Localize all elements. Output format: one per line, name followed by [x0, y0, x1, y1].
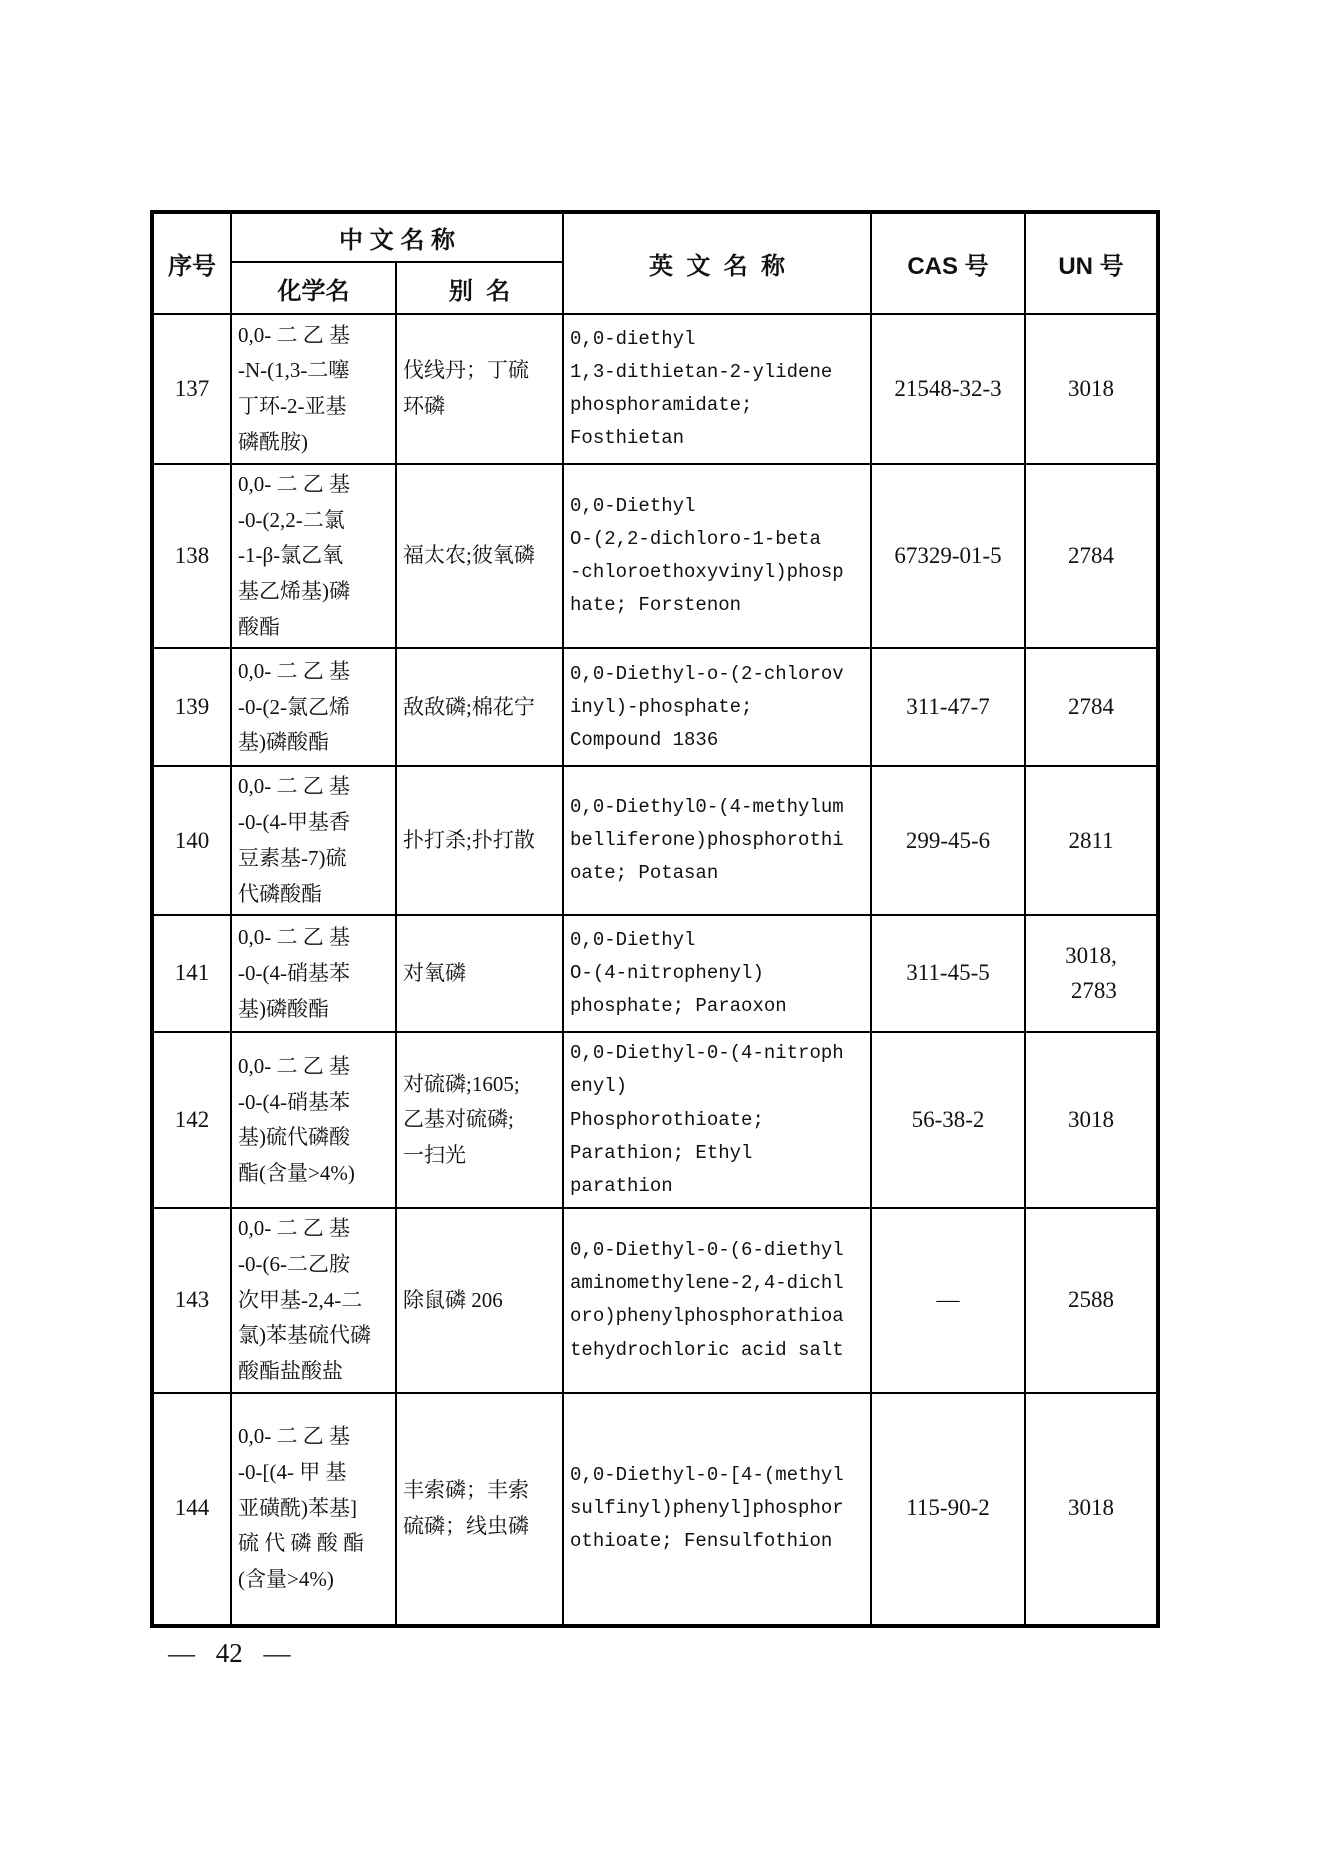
un-cell: 2588 — [1025, 1208, 1158, 1392]
cas-cell: 67329-01-5 — [871, 464, 1025, 648]
un-cell: 3018 — [1025, 1393, 1158, 1626]
chemical-name-cell: 0,0- 二 乙 基 -N-(1,3-二噻 丁环-2-亚基 磷酰胺) — [231, 314, 396, 464]
table-row: 141 0,0- 二 乙 基 -0-(4-硝基苯 基)磷酸酯 对氧磷 0,0-D… — [152, 915, 1158, 1032]
table-row: 143 0,0- 二 乙 基 -0-(6-二乙胺 次甲基-2,4-二 氯)苯基硫… — [152, 1208, 1158, 1392]
alias-cell: 除鼠磷 206 — [396, 1208, 563, 1392]
cas-cell: — — [871, 1208, 1025, 1392]
cas-cell: 311-45-5 — [871, 915, 1025, 1032]
cas-cell: 21548-32-3 — [871, 314, 1025, 464]
un-cell: 2784 — [1025, 648, 1158, 766]
chemical-name-cell: 0,0- 二 乙 基 -0-(2-氯乙烯 基)磷酸酯 — [231, 648, 396, 766]
alias-cell: 对硫磷;1605; 乙基对硫磷; 一扫光 — [396, 1032, 563, 1208]
table-row: 138 0,0- 二 乙 基 -0-(2,2-二氯 -1-β-氯乙氧 基乙烯基)… — [152, 464, 1158, 648]
table-row: 140 0,0- 二 乙 基 -0-(4-甲基香 豆素基-7)硫 代磷酸酯 扑打… — [152, 766, 1158, 915]
chemical-name-cell: 0,0- 二 乙 基 -0-(2,2-二氯 -1-β-氯乙氧 基乙烯基)磷 酸酯 — [231, 464, 396, 648]
english-name-cell: 0,0-Diethyl-0-(6-diethyl aminomethylene-… — [563, 1208, 871, 1392]
cas-cell: 299-45-6 — [871, 766, 1025, 915]
serial-cell: 140 — [152, 766, 231, 915]
english-name-cell: 0,0-Diethyl O-(2,2-dichloro-1-beta -chlo… — [563, 464, 871, 648]
page-number: — 42 — — [168, 1638, 291, 1669]
header-alias: 别 名 — [396, 262, 563, 314]
english-name-cell: 0,0-Diethyl O-(4-nitrophenyl) phosphate;… — [563, 915, 871, 1032]
serial-cell: 138 — [152, 464, 231, 648]
english-name-cell: 0,0-Diethyl-o-(2-chlorov inyl)-phosphate… — [563, 648, 871, 766]
serial-cell: 137 — [152, 314, 231, 464]
table-row: 137 0,0- 二 乙 基 -N-(1,3-二噻 丁环-2-亚基 磷酰胺) 伐… — [152, 314, 1158, 464]
english-name-cell: 0,0-Diethyl0-(4-methylum belliferone)pho… — [563, 766, 871, 915]
cas-cell: 56-38-2 — [871, 1032, 1025, 1208]
chemical-name-cell: 0,0- 二 乙 基 -0-[(4- 甲 基 亚磺酰)苯基] 硫 代 磷 酸 酯… — [231, 1393, 396, 1626]
header-chemical-name: 化学名 — [231, 262, 396, 314]
serial-cell: 144 — [152, 1393, 231, 1626]
alias-cell: 丰索磷；丰索 硫磷；线虫磷 — [396, 1393, 563, 1626]
table-row: 142 0,0- 二 乙 基 -0-(4-硝基苯 基)硫代磷酸 酯(含量>4%)… — [152, 1032, 1158, 1208]
un-cell: 3018, 2783 — [1025, 915, 1158, 1032]
english-name-cell: 0,0-Diethyl-0-(4-nitroph enyl) Phosphoro… — [563, 1032, 871, 1208]
document-page: 序号 中 文 名 称 英 文 名 称 CAS 号 UN 号 化学名 别 名 13… — [0, 0, 1323, 1871]
chemical-name-cell: 0,0- 二 乙 基 -0-(4-硝基苯 基)硫代磷酸 酯(含量>4%) — [231, 1032, 396, 1208]
alias-cell: 敌敌磷;棉花宁 — [396, 648, 563, 766]
alias-cell: 伐线丹；丁硫 环磷 — [396, 314, 563, 464]
serial-cell: 141 — [152, 915, 231, 1032]
table-header: 序号 中 文 名 称 英 文 名 称 CAS 号 UN 号 化学名 别 名 — [152, 212, 1158, 314]
serial-cell: 139 — [152, 648, 231, 766]
header-serial: 序号 — [152, 212, 231, 314]
table-row: 144 0,0- 二 乙 基 -0-[(4- 甲 基 亚磺酰)苯基] 硫 代 磷… — [152, 1393, 1158, 1626]
alias-cell: 福太农;彼氧磷 — [396, 464, 563, 648]
un-cell: 2811 — [1025, 766, 1158, 915]
alias-cell: 对氧磷 — [396, 915, 563, 1032]
english-name-cell: 0,0-Diethyl-0-[4-(methyl sulfinyl)phenyl… — [563, 1393, 871, 1626]
chemical-name-cell: 0,0- 二 乙 基 -0-(6-二乙胺 次甲基-2,4-二 氯)苯基硫代磷 酸… — [231, 1208, 396, 1392]
header-chinese-name-group: 中 文 名 称 — [231, 212, 563, 262]
english-name-cell: 0,0-diethyl 1,3-dithietan-2-ylidene phos… — [563, 314, 871, 464]
header-english-name: 英 文 名 称 — [563, 212, 871, 314]
cas-cell: 115-90-2 — [871, 1393, 1025, 1626]
un-cell: 3018 — [1025, 1032, 1158, 1208]
chemicals-table: 序号 中 文 名 称 英 文 名 称 CAS 号 UN 号 化学名 别 名 13… — [150, 210, 1160, 1628]
un-cell: 3018 — [1025, 314, 1158, 464]
header-cas: CAS 号 — [871, 212, 1025, 314]
un-cell: 2784 — [1025, 464, 1158, 648]
table-row: 139 0,0- 二 乙 基 -0-(2-氯乙烯 基)磷酸酯 敌敌磷;棉花宁 0… — [152, 648, 1158, 766]
serial-cell: 143 — [152, 1208, 231, 1392]
cas-cell: 311-47-7 — [871, 648, 1025, 766]
alias-cell: 扑打杀;扑打散 — [396, 766, 563, 915]
header-un: UN 号 — [1025, 212, 1158, 314]
chemical-name-cell: 0,0- 二 乙 基 -0-(4-甲基香 豆素基-7)硫 代磷酸酯 — [231, 766, 396, 915]
chemical-name-cell: 0,0- 二 乙 基 -0-(4-硝基苯 基)磷酸酯 — [231, 915, 396, 1032]
serial-cell: 142 — [152, 1032, 231, 1208]
